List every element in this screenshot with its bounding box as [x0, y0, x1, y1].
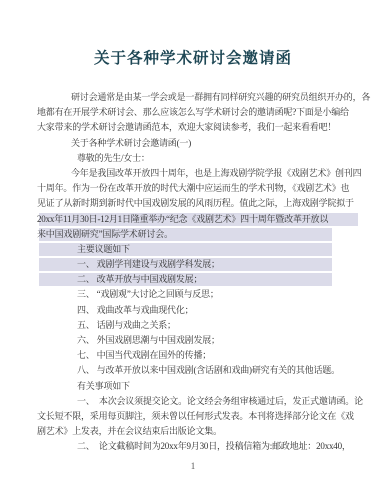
text-line: 主要议题如下 [37, 242, 356, 257]
text-line-content: 二、 论文截稿时间为20xx年9月30日，投稿信箱为:邮政地址：20xx40， [77, 441, 351, 451]
text-line-content: 关于各种学术研讨会邀请函(一) [71, 138, 191, 148]
text-line: 一、 本次会议须提交论文。论文经会务组审核通过后，发正式邀请函。论 [37, 394, 356, 409]
text-line-content: 尊敬的先生/女士： [77, 153, 150, 163]
text-line-content: 七、 中国当代戏剧在国外的传播； [77, 350, 211, 360]
text-line-content: 五、 话剧与戏曲之关系； [77, 320, 176, 330]
text-line-content: 四、 戏曲改革与戏曲现代化； [77, 305, 193, 315]
text-line-content: 大家带来的学术研讨会邀请函范本，欢迎大家阅读参考，我们一起来看看吧！ [37, 122, 336, 132]
text-line-content: 来中国戏剧研究”国际学术研讨会。 [37, 229, 173, 239]
text-line: 尊敬的先生/女士： [37, 151, 356, 166]
text-line-content: 八、 与改革开放以来中国戏剧(含话剧和戏曲)研究有关的其他话题。 [77, 365, 340, 375]
text-line: 今年是我国改革开放四十周年，也是上海戏剧学院学报《戏剧艺术》创刊四 [37, 166, 356, 181]
text-line-content: 见证了从新时期到新时代中国戏剧发展的风雨历程。值此之际，上海戏剧学院拟于 [37, 198, 354, 208]
text-line-content: 三、 “戏剧观”大讨论之回顾与反思； [77, 289, 219, 299]
text-line: 五、 话剧与戏曲之关系； [37, 318, 356, 333]
text-line: 二、 改革开放与中国戏剧发展； [37, 272, 356, 287]
text-line: 七、 中国当代戏剧在国外的传播； [37, 348, 356, 363]
document-title: 关于各种学术研讨会邀请函 [10, 46, 376, 68]
text-line: 三、 “戏剧观”大讨论之回顾与反思； [37, 287, 356, 302]
text-line: 一、 戏剧学刊建设与戏剧学科发展； [37, 257, 356, 272]
text-line: 二、 论文截稿时间为20xx年9月30日，投稿信箱为:邮政地址：20xx40， [37, 439, 356, 454]
text-line: 六、 外国戏剧思潮与中国戏剧发展； [37, 333, 356, 348]
text-line-content: 一、 戏剧学刊建设与戏剧学科发展； [77, 259, 220, 269]
text-line: 十周年。作为一份在改革开放的时代大潮中应运而生的学术刊物，《戏剧艺术》也 [37, 181, 356, 196]
text-line-content: 主要议题如下 [77, 244, 130, 254]
document-page: 关于各种学术研讨会邀请函 研讨会通常是由某一学会或是一群拥有同样研究兴趣的研究员… [0, 0, 386, 500]
text-line-content: 有关事项如下 [77, 381, 130, 391]
text-line: 研讨会通常是由某一学会或是一群拥有同样研究兴趣的研究员组织开办的，各 [37, 90, 356, 105]
text-line: 四、 戏曲改革与戏曲现代化； [37, 303, 356, 318]
text-line-content: 二、 改革开放与中国戏剧发展； [77, 274, 202, 284]
text-line: 来中国戏剧研究”国际学术研讨会。 [37, 227, 356, 242]
text-line: 20xx年11月30日-12月1日隆重举办“纪念《戏剧艺术》四十周年暨改革开放以 [37, 212, 356, 227]
text-line-content: 地都有在开展学术研讨会、那么应该怎么写学术研讨会的邀请函呢?下面是小编给 [37, 107, 349, 117]
text-line: 八、 与改革开放以来中国戏剧(含话剧和戏曲)研究有关的其他话题。 [37, 363, 356, 378]
text-line-content: 剧艺术》上发表，并在会议结束后出版论文集。 [37, 426, 222, 436]
text-line-content: 文长短不限，采用每页脚注，须未曾以任何形式发表。本刊将选择部分论文在《戏 [37, 411, 354, 421]
page-number: 1 [0, 461, 386, 471]
text-line-content: 一、 本次会议须提交论文。论文经会务组审核通过后，发正式邀请函。论 [77, 396, 363, 406]
text-line: 剧艺术》上发表，并在会议结束后出版论文集。 [37, 424, 356, 439]
text-line-content: 六、 外国戏剧思潮与中国戏剧发展； [77, 335, 220, 345]
text-line: 关于各种学术研讨会邀请函(一) [37, 136, 356, 151]
text-line-content: 研讨会通常是由某一学会或是一群拥有同样研究兴趣的研究员组织开办的，各 [71, 92, 370, 102]
text-line-content: 今年是我国改革开放四十周年，也是上海戏剧学院学报《戏剧艺术》创刊四 [71, 168, 361, 178]
text-line-content: 20xx年11月30日-12月1日隆重举办“纪念《戏剧艺术》四十周年暨改革开放以 [37, 214, 328, 224]
text-line: 文长短不限，采用每页脚注，须未曾以任何形式发表。本刊将选择部分论文在《戏 [37, 409, 356, 424]
text-line: 大家带来的学术研讨会邀请函范本，欢迎大家阅读参考，我们一起来看看吧！ [37, 120, 356, 135]
document-body: 研讨会通常是由某一学会或是一群拥有同样研究兴趣的研究员组织开办的，各地都有在开展… [37, 90, 356, 455]
text-line: 见证了从新时期到新时代中国戏剧发展的风雨历程。值此之际，上海戏剧学院拟于 [37, 196, 356, 211]
text-line: 有关事项如下 [37, 379, 356, 394]
text-line: 地都有在开展学术研讨会、那么应该怎么写学术研讨会的邀请函呢?下面是小编给 [37, 105, 356, 120]
text-line-content: 十周年。作为一份在改革开放的时代大潮中应运而生的学术刊物，《戏剧艺术》也 [37, 183, 349, 193]
